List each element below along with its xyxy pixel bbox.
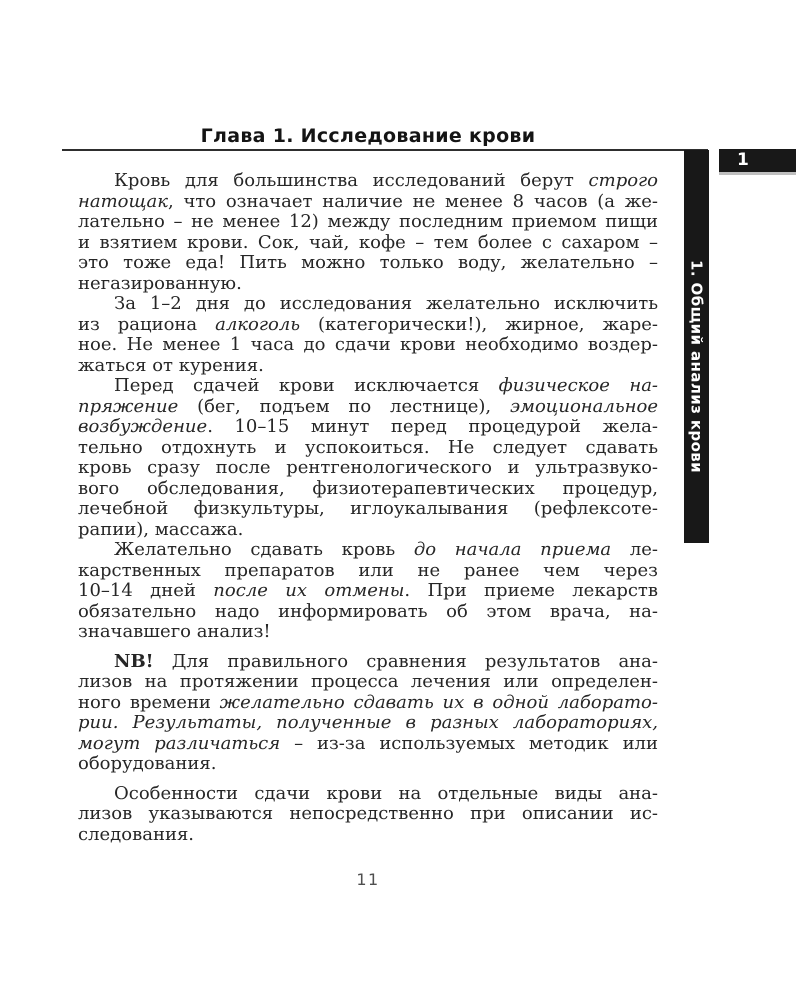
text: ного времени (78, 692, 220, 713)
section-sidebar: 1. Общий анализ крови (684, 150, 709, 543)
text: негазированную. (78, 273, 242, 294)
chapter-number: 1 (719, 149, 749, 172)
chapter-title: Глава 1. Исследование крови (78, 126, 658, 147)
italic-text: желательно сдавать их в одной лаборато- (220, 692, 658, 713)
text: Кровь для большинства исследований берут (114, 170, 589, 191)
text: вого обследования, физиотерапевтических … (78, 478, 658, 499)
text-line: пряжение (бег, подъем по лестнице), эмоц… (78, 397, 658, 418)
text: тельно отдохнуть и успокоиться. Не следу… (78, 437, 658, 458)
text: лизов на протяжении процесса лечения или… (78, 671, 658, 692)
text: и взятием крови. Сок, чай, кофе – тем бо… (78, 232, 658, 253)
text: . 10–15 минут перед процедурой жела- (207, 416, 658, 437)
italic-text: возбуждение (78, 416, 207, 437)
text: значавшего анализ! (78, 621, 271, 642)
italic-text: пряжение (78, 396, 178, 417)
text: карственных препаратов или не ранее чем … (78, 560, 658, 581)
italic-text: физическое на- (499, 375, 658, 396)
paragraph: Перед сдачей крови исключается физическо… (78, 376, 658, 540)
text-line: лечебной физкультуры, иглоукалывания (ре… (78, 499, 658, 520)
italic-text: эмоциональное (510, 396, 658, 417)
text: , что означает наличие не менее 8 часов … (168, 191, 658, 212)
text-line: это тоже еда! Пить можно только воду, же… (78, 253, 658, 274)
text-line: обязательно надо информировать об этом в… (78, 602, 658, 623)
text: лизов указываются непосредственно при оп… (78, 803, 658, 824)
text: – из-за используемых методик или (280, 733, 658, 754)
text: кровь сразу после рентгенологического и … (78, 457, 658, 478)
text-line: рии. Результаты, полученные в разных лаб… (78, 713, 658, 734)
text: жаться от курения. (78, 355, 264, 376)
page-number: 11 (78, 870, 658, 889)
italic-text: после их отмены (213, 580, 404, 601)
italic-text: алкоголь (215, 314, 300, 335)
text-line: карственных препаратов или не ранее чем … (78, 561, 658, 582)
text-line: Кровь для большинства исследований берут… (78, 171, 658, 192)
text: . При приеме лекарств (404, 580, 658, 601)
book-page: Глава 1. Исследование крови 1. Общий ана… (0, 0, 800, 1000)
text-line: NB! Для правильного сравнения результато… (78, 652, 658, 673)
text: из рациона (78, 314, 215, 335)
text-line: 10–14 дней после их отмены. При приеме л… (78, 581, 658, 602)
text-line: ного времени желательно сдавать их в одн… (78, 693, 658, 714)
text-line: жаться от курения. (78, 356, 658, 377)
text: оборудования. (78, 753, 216, 774)
paragraph: Особенности сдачи крови на отдельные вид… (78, 784, 658, 846)
text: 10–14 дней (78, 580, 213, 601)
text-line: ное. Не менее 1 часа до сдачи крови необ… (78, 335, 658, 356)
text: ле- (611, 539, 658, 560)
text-line: лизов на протяжении процесса лечения или… (78, 672, 658, 693)
text: ное. Не менее 1 часа до сдачи крови необ… (78, 334, 658, 355)
text-line: следования. (78, 825, 658, 846)
text: лечебной физкультуры, иглоукалывания (ре… (78, 498, 658, 519)
text-line: Желательно сдавать кровь до начала прием… (78, 540, 658, 561)
italic-text: строго (589, 170, 658, 191)
italic-text: до начала приема (414, 539, 611, 560)
chapter-number-tab: 1 (719, 149, 796, 172)
paragraph: NB! Для правильного сравнения результато… (78, 652, 658, 775)
header-rule (62, 149, 708, 151)
paragraph: За 1–2 дня до исследования желательно ис… (78, 294, 658, 376)
text: обязательно надо информировать об этом в… (78, 601, 658, 622)
text: Особенности сдачи крови на отдельные вид… (114, 783, 658, 804)
text: рапии), массажа. (78, 519, 243, 540)
text-line: возбуждение. 10–15 минут перед процедуро… (78, 417, 658, 438)
bold-text: NB! (114, 651, 154, 672)
italic-text: натощак (78, 191, 168, 212)
text: (бег, подъем по лестнице), (178, 396, 510, 417)
text-line: Перед сдачей крови исключается физическо… (78, 376, 658, 397)
italic-text: могут различаться (78, 733, 280, 754)
italic-text: рии. Результаты, полученные в разных лаб… (78, 712, 658, 733)
section-sidebar-label: 1. Общий анализ крови (688, 260, 706, 473)
text-line: За 1–2 дня до исследования желательно ис… (78, 294, 658, 315)
text: Для правильного сравнения результатов ан… (154, 651, 658, 672)
text-line: негазированную. (78, 274, 658, 295)
text-line: значавшего анализ! (78, 622, 658, 643)
paragraph: Кровь для большинства исследований берут… (78, 171, 658, 294)
body-text: Кровь для большинства исследований берут… (78, 171, 658, 845)
text-line: кровь сразу после рентгенологического и … (78, 458, 658, 479)
text: лательно – не менее 12) между последним … (78, 211, 658, 232)
text-line: натощак, что означает наличие не менее 8… (78, 192, 658, 213)
text: следования. (78, 824, 194, 845)
text-line: вого обследования, физиотерапевтических … (78, 479, 658, 500)
text-line: лизов указываются непосредственно при оп… (78, 804, 658, 825)
text: За 1–2 дня до исследования желательно ис… (114, 293, 658, 314)
text: это тоже еда! Пить можно только воду, же… (78, 252, 658, 273)
text-line: могут различаться – из-за используемых м… (78, 734, 658, 755)
text-line: Особенности сдачи крови на отдельные вид… (78, 784, 658, 805)
text: Желательно сдавать кровь (114, 539, 414, 560)
text-line: оборудования. (78, 754, 658, 775)
text: (категорически!), жирное, жаре- (300, 314, 658, 335)
paragraph: Желательно сдавать кровь до начала прием… (78, 540, 658, 643)
text-line: из рациона алкоголь (категорически!), жи… (78, 315, 658, 336)
text-line: рапии), массажа. (78, 520, 658, 541)
text: Перед сдачей крови исключается (114, 375, 499, 396)
text-line: тельно отдохнуть и успокоиться. Не следу… (78, 438, 658, 459)
text-line: и взятием крови. Сок, чай, кофе – тем бо… (78, 233, 658, 254)
text-line: лательно – не менее 12) между последним … (78, 212, 658, 233)
